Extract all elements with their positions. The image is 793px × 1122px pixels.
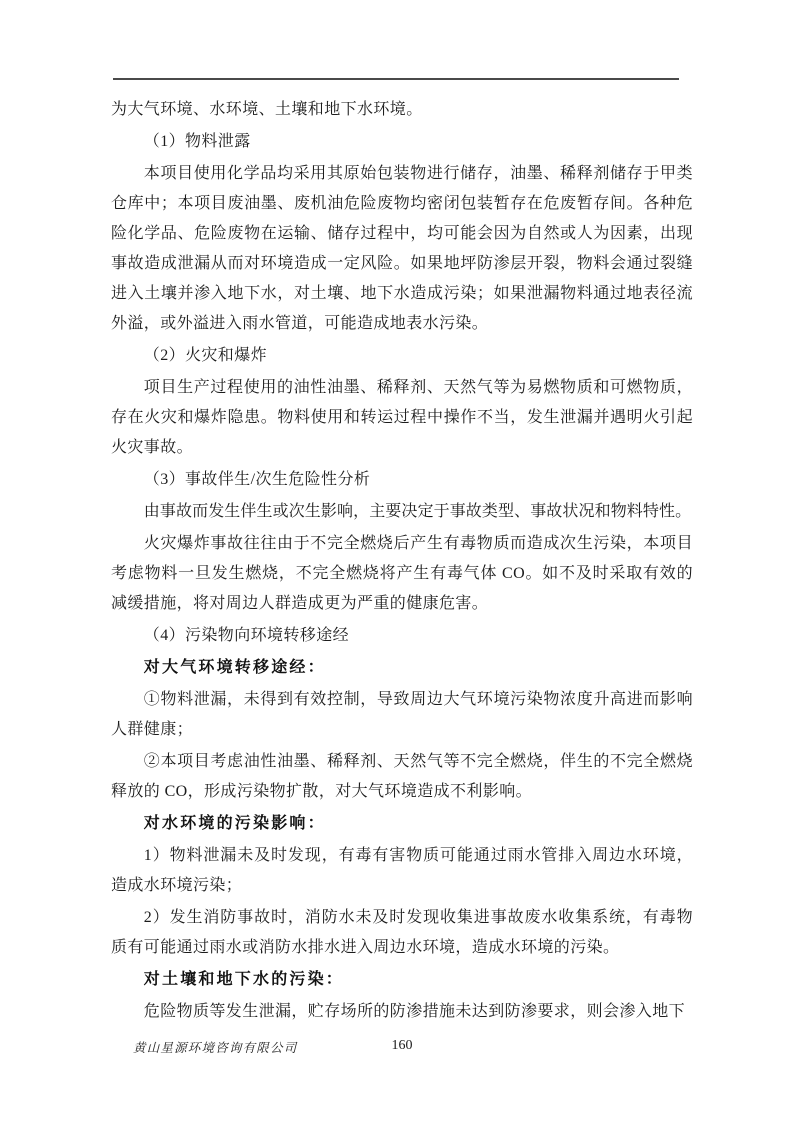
header-rule bbox=[113, 78, 679, 80]
paragraph: 项目生产过程使用的油性油墨、稀释剂、天然气等为易燃物质和可燃物质，存在火灾和爆炸… bbox=[111, 373, 693, 463]
paragraph: 由事故而发生伴生或次生影响，主要决定于事故类型、事故状况和物料特性。 bbox=[111, 497, 693, 527]
paragraph: 1）物料泄漏未及时发现，有毒有害物质可能通过雨水管排入周边水环境，造成水环境污染… bbox=[111, 841, 693, 901]
document-page: 为大气环境、水环境、土壤和地下水环境。（1）物料泄露本项目使用化学品均采用其原始… bbox=[0, 0, 793, 1122]
paragraph: （3）事故伴生/次生危险性分析 bbox=[111, 465, 693, 495]
paragraph: 危险物质等发生泄漏，贮存场所的防渗措施未达到防渗要求，则会渗入地下 bbox=[111, 997, 693, 1027]
paragraph: （2）火灾和爆炸 bbox=[111, 341, 693, 371]
paragraph: （1）物料泄露 bbox=[111, 127, 693, 157]
paragraph: 为大气环境、水环境、土壤和地下水环境。 bbox=[111, 95, 693, 125]
paragraph: 火灾爆炸事故往往由于不完全燃烧后产生有毒物质而造成次生污染，本项目考虑物料一旦发… bbox=[111, 529, 693, 619]
paragraph: 本项目使用化学品均采用其原始包装物进行储存，油墨、稀释剂储存于甲类仓库中；本项目… bbox=[111, 159, 693, 339]
page-number: 160 bbox=[392, 1038, 413, 1054]
section-heading: 对水环境的污染影响： bbox=[111, 809, 693, 839]
footer-company-name: 黄山星源环境咨询有限公司 bbox=[133, 1038, 297, 1056]
paragraph: 2）发生消防事故时，消防水未及时发现收集进事故废水收集系统，有毒物质有可能通过雨… bbox=[111, 903, 693, 963]
paragraph: （4）污染物向环境转移途经 bbox=[111, 621, 693, 651]
section-heading: 对大气环境转移途经： bbox=[111, 653, 693, 683]
paragraph: ①物料泄漏，未得到有效控制，导致周边大气环境污染物浓度升高进而影响人群健康； bbox=[111, 685, 693, 745]
page-footer: 黄山星源环境咨询有限公司 160 bbox=[111, 1038, 693, 1060]
section-heading: 对土壤和地下水的污染： bbox=[111, 965, 693, 995]
document-body: 为大气环境、水环境、土壤和地下水环境。（1）物料泄露本项目使用化学品均采用其原始… bbox=[111, 95, 693, 1027]
paragraph: ②本项目考虑油性油墨、稀释剂、天然气等不完全燃烧，伴生的不完全燃烧释放的 CO，… bbox=[111, 747, 693, 807]
